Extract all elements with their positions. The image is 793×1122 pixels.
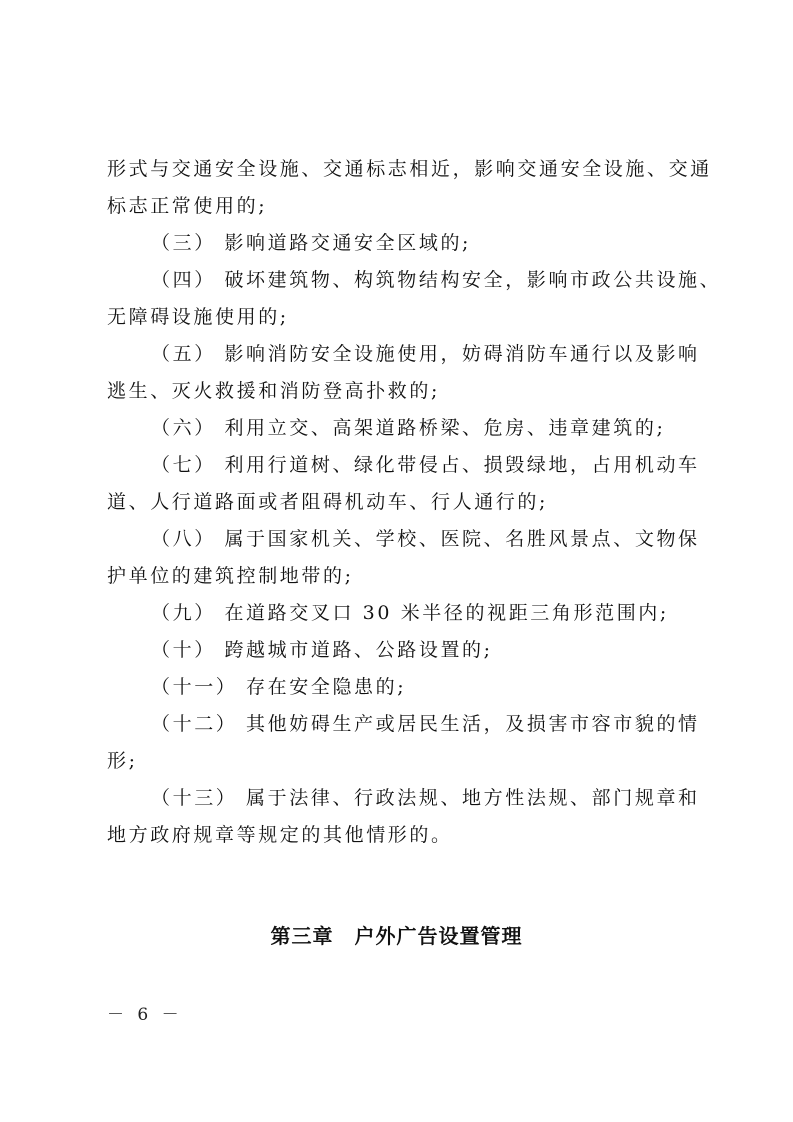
list-item-7: （七） 利用行道树、绿化带侵占、损毁绿地，占用机动车	[107, 447, 693, 484]
text-line: 形;	[107, 743, 693, 780]
text-line: 护单位的建筑控制地带的;	[107, 558, 693, 595]
text-line: 道、人行道路面或者阻碍机动车、行人通行的;	[107, 484, 693, 521]
list-item-3: （三） 影响道路交通安全区域的;	[107, 225, 693, 262]
text-line: 逃生、灭火救援和消防登高扑救的;	[107, 373, 693, 410]
page-number: － 6 －	[107, 1000, 183, 1025]
text-line: 地方政府规章等规定的其他情形的。	[107, 817, 693, 854]
list-item-12: （十二） 其他妨碍生产或居民生活，及损害市容市貌的情	[107, 706, 693, 743]
list-item-13: （十三） 属于法律、行政法规、地方性法规、部门规章和	[107, 780, 693, 817]
document-page: 形式与交通安全设施、交通标志相近，影响交通安全设施、交通 标志正常使用的; （三…	[0, 0, 793, 1122]
list-item-8: （八） 属于国家机关、学校、医院、名胜风景点、文物保	[107, 521, 693, 558]
list-item-4: （四） 破坏建筑物、构筑物结构安全，影响市政公共设施、	[107, 262, 693, 299]
list-item-9: （九） 在道路交叉口 30 米半径的视距三角形范围内;	[107, 595, 693, 632]
list-item-10: （十） 跨越城市道路、公路设置的;	[107, 632, 693, 669]
list-item-6: （六） 利用立交、高架道路桥梁、危房、违章建筑的;	[107, 410, 693, 447]
list-item-5: （五） 影响消防安全设施使用，妨碍消防车通行以及影响	[107, 336, 693, 373]
chapter-heading: 第三章 户外广告设置管理	[0, 920, 793, 949]
text-line: 无障碍设施使用的;	[107, 299, 693, 336]
text-line: 形式与交通安全设施、交通标志相近，影响交通安全设施、交通	[107, 151, 693, 188]
body-text: 形式与交通安全设施、交通标志相近，影响交通安全设施、交通 标志正常使用的; （三…	[107, 151, 693, 854]
text-line: 标志正常使用的;	[107, 188, 693, 225]
list-item-11: （十一） 存在安全隐患的;	[107, 669, 693, 706]
